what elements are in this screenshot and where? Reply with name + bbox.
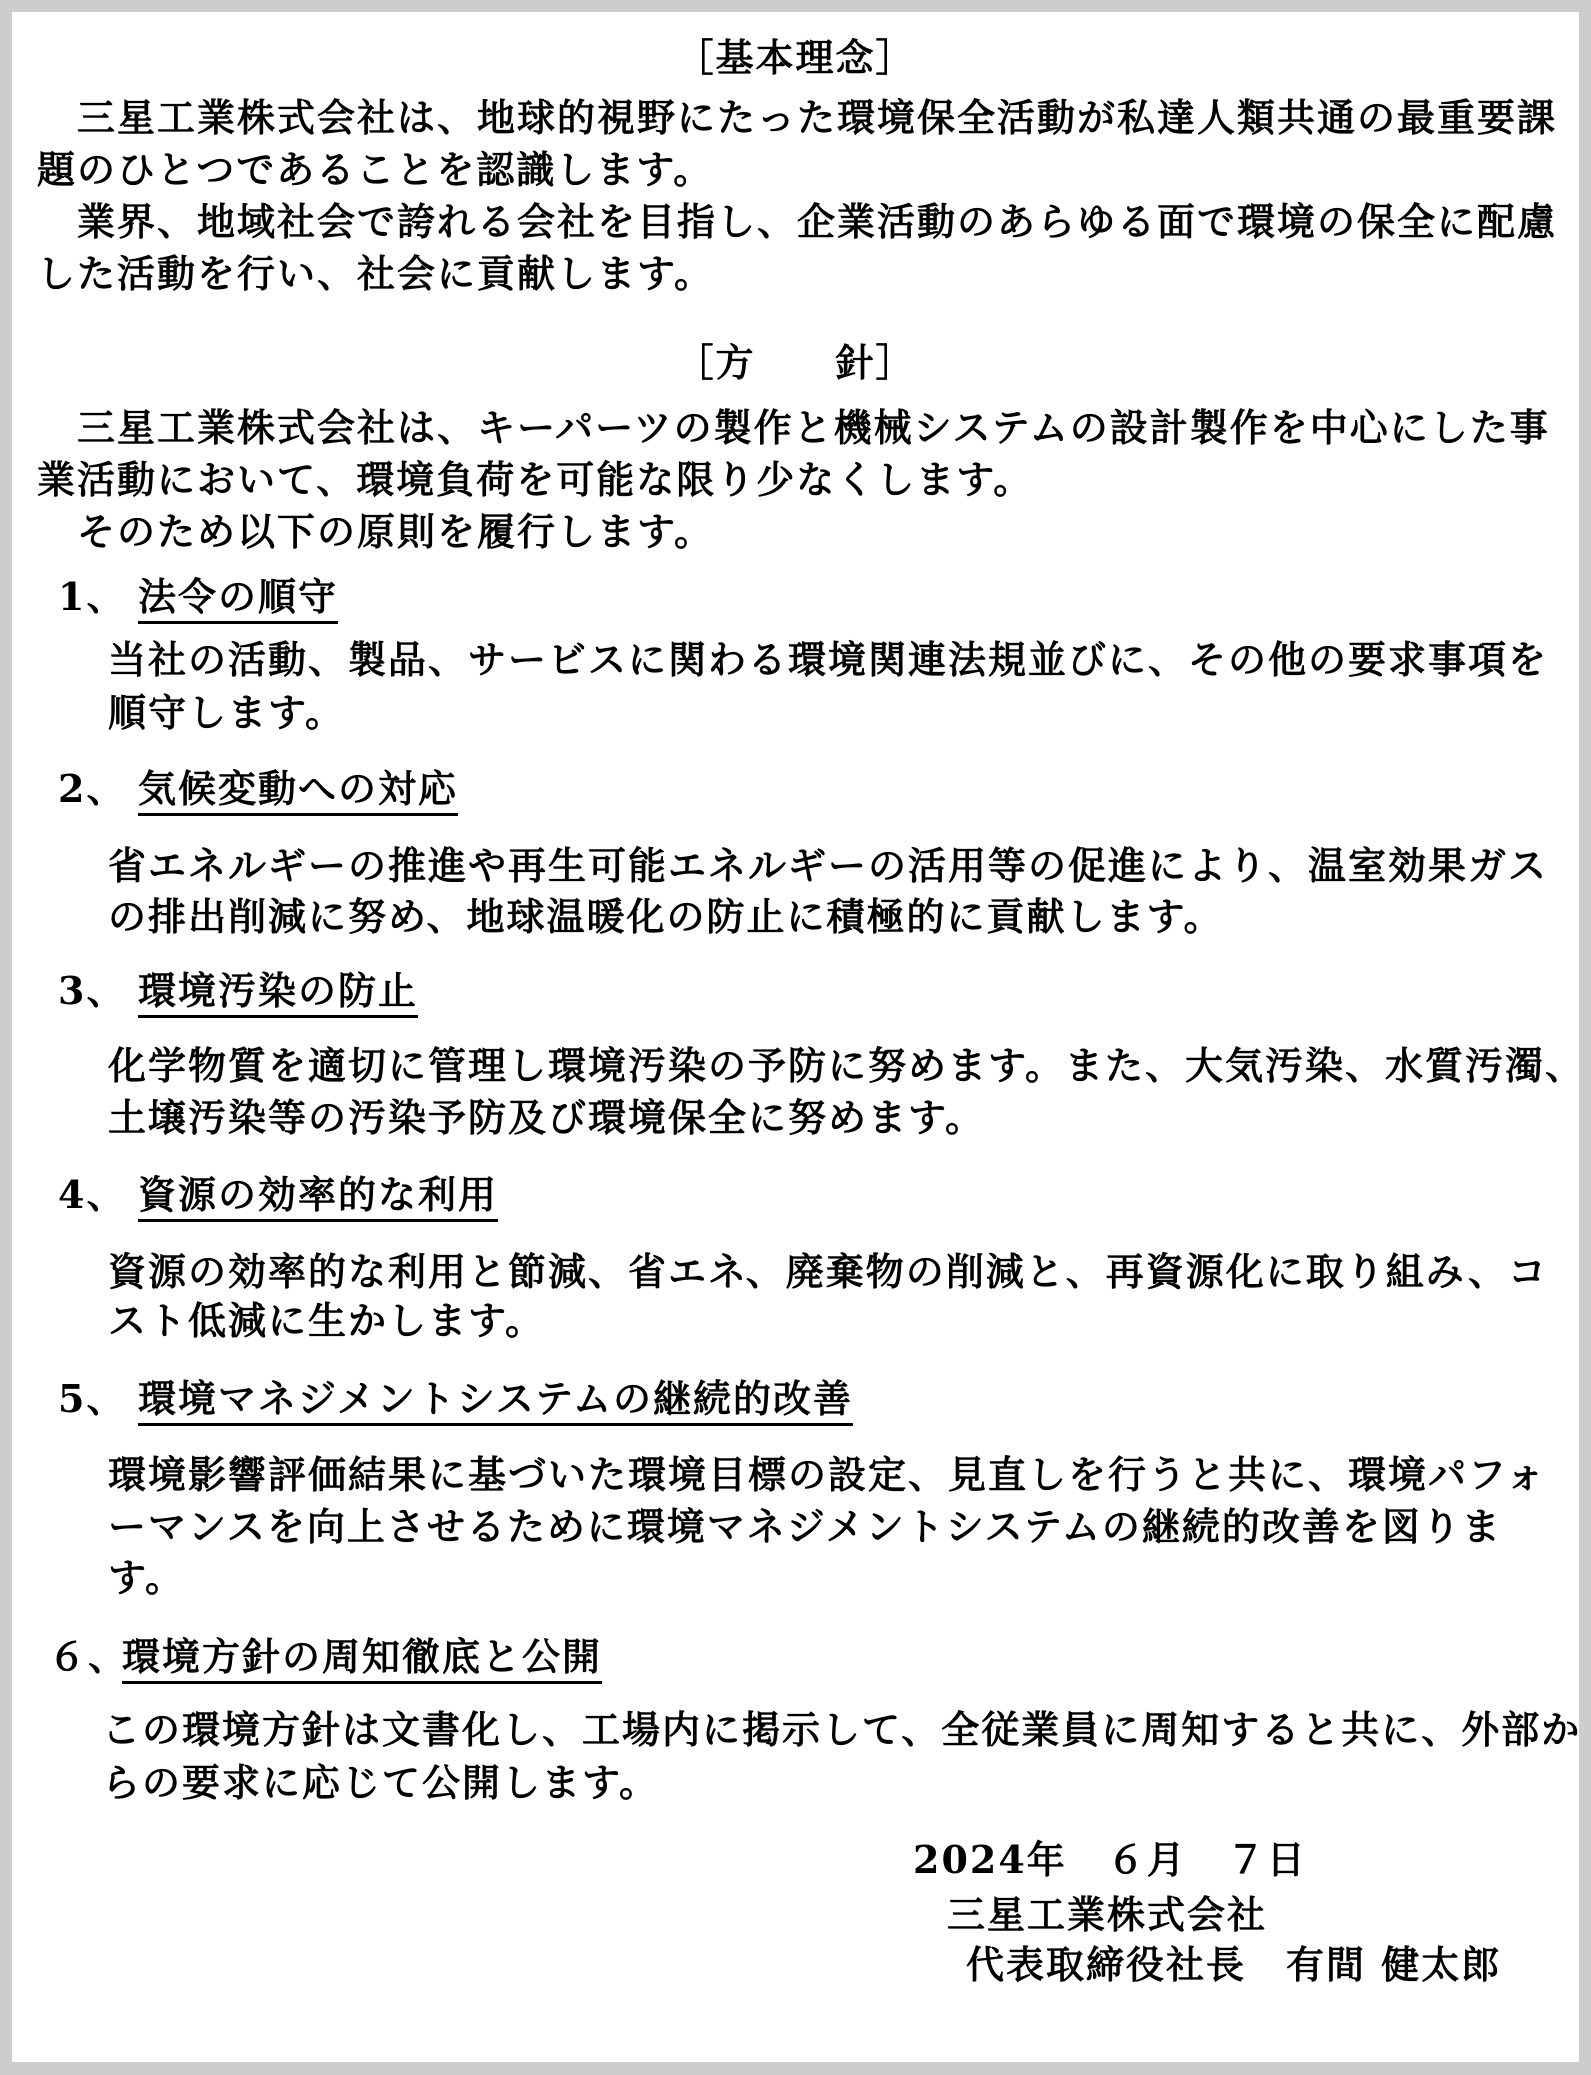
item-6-heading: 環境方針の周知徹底と公開	[122, 1637, 602, 1684]
item-3-number: 3、	[58, 967, 126, 1015]
item-3-body-line-2: 土壌汚染等の汚染予防及び環境保全に努めます。	[108, 1094, 985, 1142]
philosophy-paragraph-1-line-1: 三星工業株式会社は、地球的視野にたった環境保全活動が私達人類共通の最重要課	[37, 94, 1557, 142]
item-2-heading: 気候変動への対応	[138, 769, 458, 816]
item-4-body-line-2: スト低減に生かします。	[108, 1297, 545, 1345]
item-1-body-line-1: 当社の活動、製品、サービスに関わる環境関連法規並びに、その他の要求事項を	[108, 636, 1548, 684]
item-4-heading: 資源の効率的な利用	[138, 1175, 498, 1222]
item-3-body-line-1: 化学物質を適切に管理し環境汚染の予防に努めます。また、大気汚染、水質汚濁、	[108, 1042, 1585, 1090]
policy-intro-line-2: 業活動において、環境負荷を可能な限り少なくします。	[37, 456, 1033, 504]
item-5-heading: 環境マネジメントシステムの継続的改善	[138, 1379, 853, 1426]
item-6-number: ６、	[48, 1633, 128, 1681]
item-6-body-line-2: らの要求に応じて公開します。	[102, 1759, 659, 1807]
item-1-body-line-2: 順守します。	[108, 689, 345, 737]
philosophy-paragraph-1-line-2: 題のひとつであることを認識します。	[37, 146, 713, 194]
item-5-body-line-3: す。	[108, 1554, 185, 1602]
item-4-body-line-1: 資源の効率的な利用と節減、省エネ、廃棄物の削減と、再資源化に取り組み、コ	[108, 1248, 1548, 1296]
company-name: 三星工業株式会社	[947, 1891, 1267, 1939]
item-2-body-line-2: の排出削減に努め、地球温暖化の防止に積極的に貢献します。	[108, 893, 1223, 941]
basic-philosophy-title: ［基本理念］	[12, 34, 1579, 82]
policy-title: ［方 針］	[12, 339, 1579, 387]
item-1-heading: 法令の順守	[138, 577, 338, 624]
item-3-heading: 環境汚染の防止	[138, 971, 418, 1018]
philosophy-paragraph-2-line-2: した活動を行い、社会に貢献します。	[37, 250, 714, 298]
issue-date: 2024年 ６月 ７日	[913, 1836, 1307, 1884]
item-2-body-line-1: 省エネルギーの推進や再生可能エネルギーの活用等の促進により、温室効果ガス	[108, 842, 1548, 890]
item-1-number: 1、	[58, 573, 126, 621]
item-5-body-line-1: 環境影響評価結果に基づいた環境目標の設定、見直しを行うと共に、環境パフォ	[108, 1451, 1546, 1499]
item-2-number: 2、	[58, 765, 126, 813]
item-5-body-line-2: ーマンスを向上させるために環境マネジメントシステムの継続的改善を図りま	[108, 1503, 1502, 1551]
policy-document-page: ［基本理念］ 三星工業株式会社は、地球的視野にたった環境保全活動が私達人類共通の…	[12, 12, 1579, 2062]
item-5-number: 5、	[58, 1375, 126, 1423]
representative-name: 代表取締役社長 有間 健太郎	[966, 1941, 1501, 1989]
philosophy-paragraph-2-line-1: 業界、地域社会で誇れる会社を目指し、企業活動のあらゆる面で環境の保全に配慮	[37, 198, 1557, 246]
policy-principles-line: そのため以下の原則を履行します。	[37, 508, 714, 556]
item-4-number: 4、	[58, 1171, 126, 1219]
item-6-body-line-1: この環境方針は文書化し、工場内に掲示して、全従業員に周知すると共に、外部か	[102, 1706, 1581, 1754]
policy-intro-line-1: 三星工業株式会社は、キーパーツの製作と機械システムの設計製作を中心にした事	[37, 404, 1550, 452]
